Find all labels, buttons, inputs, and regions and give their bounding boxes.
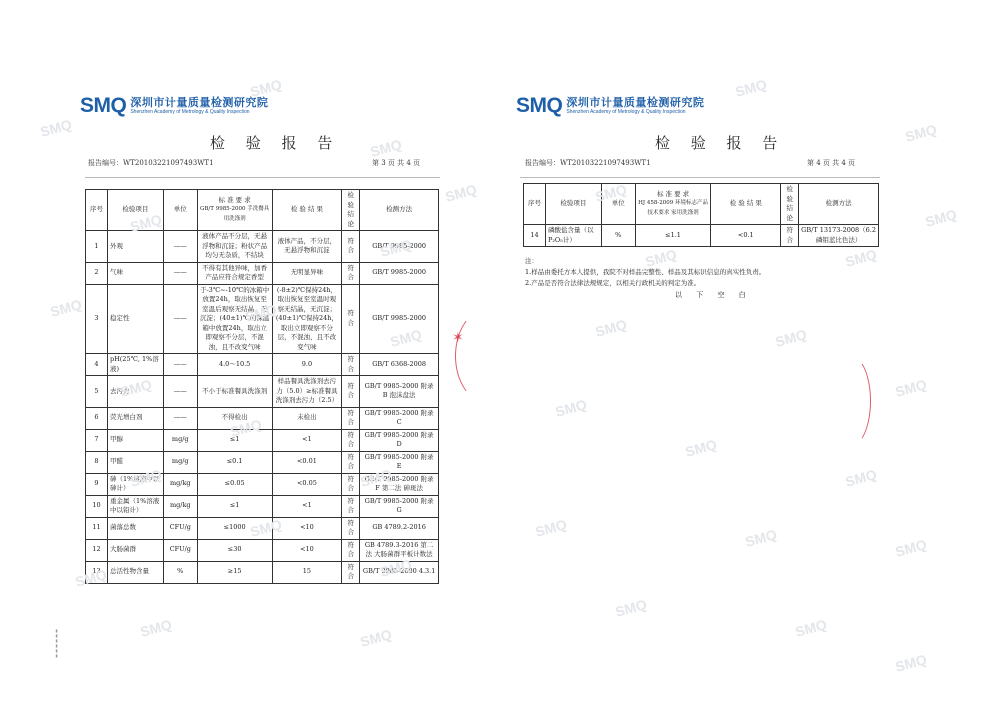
watermark-text: SMQ bbox=[553, 396, 588, 420]
cell-standard: 不得检出 bbox=[197, 407, 272, 429]
notes-section: 注： 1.样品由委托方本人提供，我院不对样品完整性、样品及其标识信息的真实性负责… bbox=[525, 256, 895, 289]
table-row: 2气味——不得有其他异味，加香产品应符合规定香型无明显异味符合GB/T 9985… bbox=[86, 262, 439, 284]
standard-title: 标 准 要 求 bbox=[657, 190, 689, 198]
watermark-text: SMQ bbox=[358, 626, 393, 650]
watermark-text: SMQ bbox=[903, 121, 938, 145]
org-logo: SMQ 深圳市计量质量检测研究院 Shenzhen Academy of Met… bbox=[80, 94, 268, 118]
cell-conclusion: 符合 bbox=[342, 376, 360, 408]
watermark-text: SMQ bbox=[443, 181, 478, 205]
cell-conclusion: 符合 bbox=[342, 429, 360, 451]
cell-seq: 13 bbox=[86, 561, 108, 583]
cell-result: 液体产品，不分层，无悬浮物和沉淀 bbox=[272, 231, 342, 263]
page-number: 第 3 页 共 4 页 bbox=[372, 158, 420, 168]
cell-method: GB/T 9985-2000 bbox=[360, 262, 439, 284]
standard-title: 标 准 要 求 bbox=[219, 196, 251, 204]
cell-item: 甲醛 bbox=[107, 451, 163, 473]
watermark-text: SMQ bbox=[893, 376, 928, 400]
cell-unit: mg/g bbox=[163, 429, 197, 451]
standard-sub: GB/T 9985-2000 手洗餐具用洗涤剂 bbox=[200, 205, 270, 224]
cell-method: GB/T 9985-2000 附录 F 第二法 砷斑法 bbox=[360, 473, 439, 495]
col-conclusion: 检验结论 bbox=[781, 184, 799, 225]
cell-item: 重金属（1%溶液中以铅计） bbox=[107, 495, 163, 517]
cell-seq: 14 bbox=[524, 225, 546, 247]
cell-standard: ≤1 bbox=[197, 429, 272, 451]
cell-unit: mg/kg bbox=[163, 473, 197, 495]
cell-item: 砷（1%溶液中以砷计） bbox=[107, 473, 163, 495]
cell-item: 甲醇 bbox=[107, 429, 163, 451]
cell-item: 荧光增白剂 bbox=[107, 407, 163, 429]
watermark-text: SMQ bbox=[793, 616, 828, 640]
table-header-row: 序号 检验项目 单位 标 准 要 求 HJ 458-2009 环境标志产品技术要… bbox=[524, 184, 879, 225]
cell-item: 总活性物含量 bbox=[107, 561, 163, 583]
cell-method: GB/T 9985-2000 附录 B 泡沫盘法 bbox=[360, 376, 439, 408]
col-item: 检验项目 bbox=[545, 184, 601, 225]
report-number: 报告编号：WT20103221097493WT1 bbox=[525, 158, 651, 168]
cell-seq: 5 bbox=[86, 376, 108, 408]
report-page-4: SMQ 深圳市计量质量检测研究院 Shenzhen Academy of Met… bbox=[495, 0, 1005, 710]
watermark-text: SMQ bbox=[923, 206, 958, 230]
watermark-text: SMQ bbox=[843, 466, 878, 490]
cell-method: GB/T 6368-2008 bbox=[360, 354, 439, 376]
cell-method: GB/T 9985-2000 bbox=[360, 284, 439, 354]
watermark-text: SMQ bbox=[138, 616, 173, 640]
cell-conclusion: 符合 bbox=[342, 284, 360, 354]
cell-conclusion: 符合 bbox=[342, 407, 360, 429]
col-unit: 单位 bbox=[163, 190, 197, 231]
cell-standard: 液体产品不分层，无悬浮物和沉淀；粉状产品均匀无杂质，不结块 bbox=[197, 231, 272, 263]
cell-standard: ≤1.1 bbox=[635, 225, 711, 247]
cell-standard: 于-3℃~-10℃的冰箱中放置24h，取出恢复至室温后观察无结晶，无沉淀；(40… bbox=[197, 284, 272, 354]
end-of-report-mark: 以 下 空 白 bbox=[675, 290, 752, 300]
cell-method: GB 4789.2-2016 bbox=[360, 517, 439, 539]
table-row: 14磷酸盐含量（以P₂O₅计）%≤1.1<0.1符合GB/T 13173-200… bbox=[524, 225, 879, 247]
watermark-text: SMQ bbox=[773, 326, 808, 350]
watermark-text: SMQ bbox=[733, 76, 768, 100]
col-method: 检测方法 bbox=[799, 184, 879, 225]
col-method: 检测方法 bbox=[360, 190, 439, 231]
watermark-text: SMQ bbox=[683, 436, 718, 460]
cell-item: 磷酸盐含量（以P₂O₅计） bbox=[545, 225, 601, 247]
watermark-text: SMQ bbox=[613, 596, 648, 620]
cell-method: GB/T 9985-2000 4.3.1 bbox=[360, 561, 439, 583]
results-table: 序号 检验项目 单位 标 准 要 求 GB/T 9985-2000 手洗餐具用洗… bbox=[85, 189, 439, 584]
cell-result: <1 bbox=[272, 495, 342, 517]
smq-logo-mark: SMQ bbox=[80, 94, 126, 118]
table-row: 13总活性物含量%≥1515符合GB/T 9985-2000 4.3.1 bbox=[86, 561, 439, 583]
cell-conclusion: 符合 bbox=[342, 473, 360, 495]
header-divider bbox=[520, 177, 880, 178]
cell-seq: 8 bbox=[86, 451, 108, 473]
table-header-row: 序号 检验项目 单位 标 准 要 求 GB/T 9985-2000 手洗餐具用洗… bbox=[86, 190, 439, 231]
cell-unit: —— bbox=[163, 376, 197, 408]
cell-method: GB/T 9985-2000 附录 C bbox=[360, 407, 439, 429]
cell-result: 15 bbox=[272, 561, 342, 583]
table-row: 1外观——液体产品不分层，无悬浮物和沉淀；粉状产品均匀无杂质，不结块液体产品，不… bbox=[86, 231, 439, 263]
cell-result: <1 bbox=[272, 429, 342, 451]
cell-standard: ≤0.1 bbox=[197, 451, 272, 473]
cell-standard: ≤1000 bbox=[197, 517, 272, 539]
cell-standard: ≤30 bbox=[197, 539, 272, 561]
cell-seq: 1 bbox=[86, 231, 108, 263]
cell-result: <0.1 bbox=[711, 225, 781, 247]
standard-sub: HJ 458-2009 环境标志产品技术要求 家用洗涤剂 bbox=[638, 199, 709, 218]
cell-method: GB/T 9985-2000 附录 G bbox=[360, 495, 439, 517]
cell-result: <0.05 bbox=[272, 473, 342, 495]
watermark-text: SMQ bbox=[368, 136, 403, 160]
cell-method: GB 4789.3-2016 第二法 大肠菌群平板计数法 bbox=[360, 539, 439, 561]
cell-seq: 6 bbox=[86, 407, 108, 429]
cell-unit: % bbox=[163, 561, 197, 583]
cell-unit: —— bbox=[163, 354, 197, 376]
table-row: 8甲醛mg/g≤0.1<0.01符合GB/T 9985-2000 附录 E bbox=[86, 451, 439, 473]
cell-unit: —— bbox=[163, 284, 197, 354]
cell-standard: 4.0～10.5 bbox=[197, 354, 272, 376]
col-result: 检 验 结 果 bbox=[272, 190, 342, 231]
cell-conclusion: 符合 bbox=[342, 561, 360, 583]
cell-unit: CFU/g bbox=[163, 539, 197, 561]
cell-result: 无明显异味 bbox=[272, 262, 342, 284]
watermark-text: SMQ bbox=[533, 516, 568, 540]
col-result: 检 验 结 果 bbox=[711, 184, 781, 225]
col-seq: 序号 bbox=[86, 190, 108, 231]
cell-result: 样品餐具洗涤剂去污力（5.0）≥标准餐具洗涤剂去污力（2.5） bbox=[272, 376, 342, 408]
org-name-en: Shenzhen Academy of Metrology & Quality … bbox=[130, 109, 268, 116]
cell-result: <0.01 bbox=[272, 451, 342, 473]
watermark-text: SMQ bbox=[893, 536, 928, 560]
cell-unit: mg/kg bbox=[163, 495, 197, 517]
header-divider bbox=[85, 177, 440, 178]
seal-stamp-edge bbox=[830, 355, 871, 447]
table-row: 9砷（1%溶液中以砷计）mg/kg≤0.05<0.05符合GB/T 9985-2… bbox=[86, 473, 439, 495]
cell-result: <10 bbox=[272, 539, 342, 561]
cell-conclusion: 符合 bbox=[342, 231, 360, 263]
cell-result: <10 bbox=[272, 517, 342, 539]
cell-unit: —— bbox=[163, 407, 197, 429]
cell-method: GB/T 9985-2000 附录 D bbox=[360, 429, 439, 451]
cell-seq: 7 bbox=[86, 429, 108, 451]
note-item-1: 1.样品由委托方本人提供，我院不对样品完整性、样品及其标识信息的真实性负责。 bbox=[525, 267, 895, 278]
cell-standard: 不小于标准餐具洗涤剂 bbox=[197, 376, 272, 408]
cell-seq: 9 bbox=[86, 473, 108, 495]
cell-item: 外观 bbox=[107, 231, 163, 263]
cell-conclusion: 符合 bbox=[342, 451, 360, 473]
watermark-text: SMQ bbox=[743, 526, 778, 550]
cell-seq: 3 bbox=[86, 284, 108, 354]
notes-label: 注： bbox=[525, 256, 895, 267]
cell-conclusion: 符合 bbox=[342, 539, 360, 561]
side-code: ▮▮▮▮▮▮ bbox=[54, 628, 59, 658]
cell-item: pH(25℃, 1%溶液) bbox=[107, 354, 163, 376]
cell-seq: 11 bbox=[86, 517, 108, 539]
watermark-text: SMQ bbox=[593, 316, 628, 340]
cell-item: 菌落总数 bbox=[107, 517, 163, 539]
cell-item: 气味 bbox=[107, 262, 163, 284]
org-name-cn: 深圳市计量质量检测研究院 bbox=[130, 97, 268, 109]
watermark-text: SMQ bbox=[38, 116, 73, 140]
cell-item: 大肠菌群 bbox=[107, 539, 163, 561]
table-row: 10重金属（1%溶液中以铅计）mg/kg≤1<1符合GB/T 9985-2000… bbox=[86, 495, 439, 517]
page-number: 第 4 页 共 4 页 bbox=[807, 158, 855, 168]
cell-result: 9.0 bbox=[272, 354, 342, 376]
cell-seq: 2 bbox=[86, 262, 108, 284]
cell-unit: CFU/g bbox=[163, 517, 197, 539]
col-conclusion: 检验结论 bbox=[342, 190, 360, 231]
cell-conclusion: 符合 bbox=[342, 262, 360, 284]
cell-item: 去污力 bbox=[107, 376, 163, 408]
table-row: 7甲醇mg/g≤1<1符合GB/T 9985-2000 附录 D bbox=[86, 429, 439, 451]
watermark-text: SMQ bbox=[893, 651, 928, 675]
cell-item: 稳定性 bbox=[107, 284, 163, 354]
col-item: 检验项目 bbox=[107, 190, 163, 231]
cell-conclusion: 符合 bbox=[342, 354, 360, 376]
cell-conclusion: 符合 bbox=[781, 225, 799, 247]
cell-result: (-8±2)℃保持24h，取出恢复至室温时观察无结晶，无沉淀；(40±1)℃保持… bbox=[272, 284, 342, 354]
cell-standard: 不得有其他异味，加香产品应符合规定香型 bbox=[197, 262, 272, 284]
cell-unit: % bbox=[601, 225, 635, 247]
table-row: 11菌落总数CFU/g≤1000<10符合GB 4789.2-2016 bbox=[86, 517, 439, 539]
cell-standard: ≤0.05 bbox=[197, 473, 272, 495]
cell-method: GB/T 9985-2000 附录 E bbox=[360, 451, 439, 473]
cell-method: GB/T 9985-2000 bbox=[360, 231, 439, 263]
cell-conclusion: 符合 bbox=[342, 495, 360, 517]
cell-unit: —— bbox=[163, 262, 197, 284]
col-seq: 序号 bbox=[524, 184, 546, 225]
results-table: 序号 检验项目 单位 标 准 要 求 HJ 458-2009 环境标志产品技术要… bbox=[523, 183, 879, 247]
cell-result: 未检出 bbox=[272, 407, 342, 429]
cell-standard: ≥15 bbox=[197, 561, 272, 583]
report-number: 报告编号：WT20103221097493WT1 bbox=[88, 158, 214, 168]
col-standard: 标 准 要 求 GB/T 9985-2000 手洗餐具用洗涤剂 bbox=[197, 190, 272, 231]
org-name-cn: 深圳市计量质量检测研究院 bbox=[566, 97, 704, 109]
table-row: 4pH(25℃, 1%溶液)——4.0～10.59.0符合GB/T 6368-2… bbox=[86, 354, 439, 376]
cell-seq: 12 bbox=[86, 539, 108, 561]
cell-standard: ≤1 bbox=[197, 495, 272, 517]
col-unit: 单位 bbox=[601, 184, 635, 225]
report-page-3: SMQ 深圳市计量质量检测研究院 Shenzhen Academy of Met… bbox=[0, 0, 495, 710]
watermark-text: SMQ bbox=[48, 296, 83, 320]
org-logo: SMQ 深圳市计量质量检测研究院 Shenzhen Academy of Met… bbox=[516, 94, 704, 118]
table-row: 6荧光增白剂——不得检出未检出符合GB/T 9985-2000 附录 C bbox=[86, 407, 439, 429]
cell-conclusion: 符合 bbox=[342, 517, 360, 539]
smq-logo-mark: SMQ bbox=[516, 94, 562, 118]
col-standard: 标 准 要 求 HJ 458-2009 环境标志产品技术要求 家用洗涤剂 bbox=[635, 184, 711, 225]
cell-seq: 10 bbox=[86, 495, 108, 517]
report-title: 检 验 报 告 bbox=[655, 132, 785, 153]
cell-method: GB/T 13173-2008（6.2 磷钼蓝比色法） bbox=[799, 225, 879, 247]
note-item-2: 2.产品是否符合法律法规规定，以相关行政机关的判定为准。 bbox=[525, 278, 895, 289]
table-row: 12大肠菌群CFU/g≤30<10符合GB 4789.3-2016 第二法 大肠… bbox=[86, 539, 439, 561]
cell-seq: 4 bbox=[86, 354, 108, 376]
table-row: 5去污力——不小于标准餐具洗涤剂样品餐具洗涤剂去污力（5.0）≥标准餐具洗涤剂去… bbox=[86, 376, 439, 408]
report-title: 检 验 报 告 bbox=[210, 132, 340, 153]
cell-unit: —— bbox=[163, 231, 197, 263]
table-row: 3稳定性——于-3℃~-10℃的冰箱中放置24h，取出恢复至室温后观察无结晶，无… bbox=[86, 284, 439, 354]
org-name-en: Shenzhen Academy of Metrology & Quality … bbox=[566, 109, 704, 116]
cell-unit: mg/g bbox=[163, 451, 197, 473]
